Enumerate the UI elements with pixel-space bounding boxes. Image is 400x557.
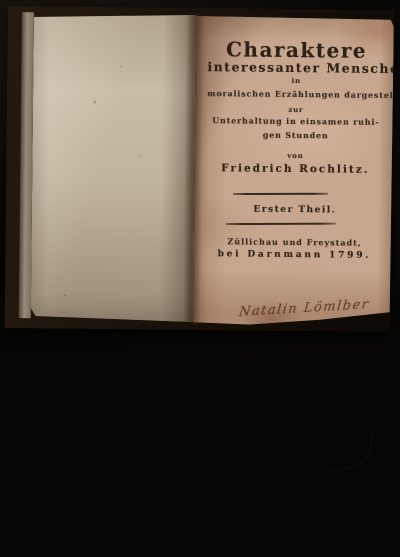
connector-word-zur: zur <box>207 104 385 115</box>
book-subtitle: interessanter Menschen <box>207 59 385 76</box>
imprint-place-line: Züllichau und Freystadt, <box>205 236 383 248</box>
title-page: Charaktere interessanter Menschen in mor… <box>193 16 394 326</box>
author-line: Friedrich Rochlitz. <box>206 162 384 176</box>
open-book-photo: Charaktere interessanter Menschen in mor… <box>5 6 394 332</box>
divider-rule-bottom <box>226 223 336 225</box>
blank-left-page <box>31 13 196 322</box>
connector-word-von: von <box>206 150 384 161</box>
purpose-line-2: gen Stunden <box>207 129 385 141</box>
photo-backdrop: Charaktere interessanter Menschen in mor… <box>0 0 400 557</box>
connector-word-in: in <box>207 75 385 86</box>
purpose-line-1: Unterhaltung in einsamen ruhi- <box>207 115 385 127</box>
handwritten-owner-inscription: Natalin Lömlber <box>238 296 395 320</box>
series-line: moralischen Erzählungen dargestellt <box>207 88 385 100</box>
imprint-publisher-year-line: bei Darnmann 1799. <box>205 249 383 261</box>
backdrop-scratch-mark <box>266 375 386 487</box>
volume-line: Erster Theil. <box>206 204 384 216</box>
divider-rule-top <box>233 193 328 195</box>
